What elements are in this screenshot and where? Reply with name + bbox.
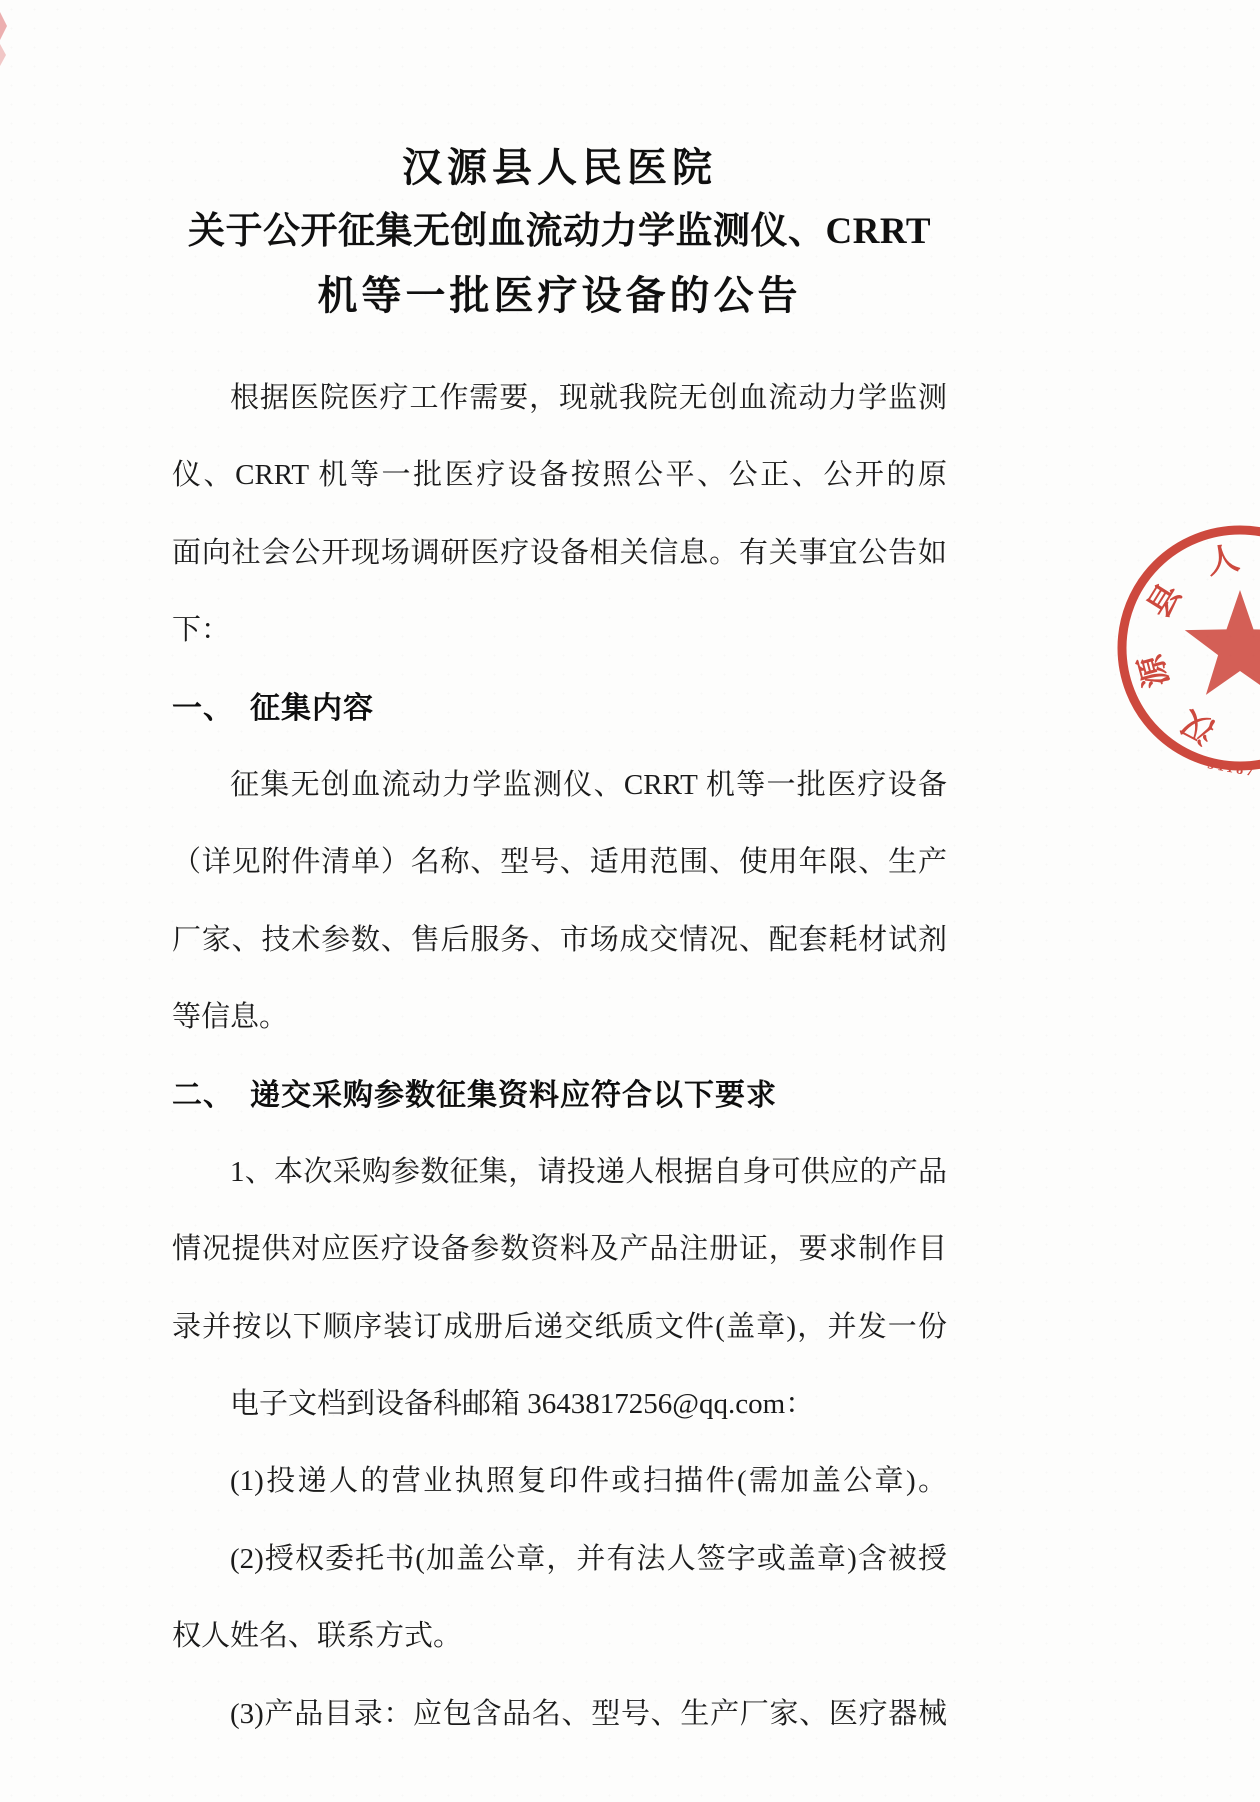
body-line-15: (1)投递人的营业执照复印件或扫描件(需加盖公章)。 (172, 1443, 947, 1520)
title-line-2: 关于公开征集无创血流动力学监测仪、CRRT (172, 200, 947, 264)
title-line-1: 汉源县人民医院 (172, 136, 947, 200)
body-line-7: （详见附件清单）名称、型号、适用范围、使用年限、生产 (172, 824, 947, 901)
body-line-17: 权人姓名、联系方式。 (172, 1598, 947, 1675)
seal-ring (1122, 530, 1260, 766)
body-line-13: 录并按以下顺序装订成册后递交纸质文件(盖章)，并发一份 (172, 1289, 947, 1366)
seal-char: 源 (1132, 650, 1175, 691)
body-line-18: (3)产品目录：应包含品名、型号、生产厂家、医疗器械 (172, 1676, 947, 1753)
document-title: 汉源县人民医院 关于公开征集无创血流动力学监测仪、CRRT 机等一批医疗设备的公… (172, 136, 947, 328)
scan-artifact (0, 12, 7, 40)
star-icon (1185, 590, 1260, 695)
body-line-12: 情况提供对应医疗设备参数资料及产品注册证，要求制作目 (172, 1211, 947, 1288)
seal-char: 汉 (1174, 703, 1220, 750)
official-seal-graphic: 汉 源 县 人 民 医 院 51187 (1095, 500, 1260, 800)
body-line-4: 下： (172, 592, 947, 669)
body-line-3: 面向社会公开现场调研医疗设备相关信息。有关事宜公告如 (172, 515, 947, 592)
body-line-8: 厂家、技术参数、售后服务、市场成交情况、配套耗材试剂 (172, 902, 947, 979)
seal-serial-number: 51187 (1206, 757, 1257, 780)
seal-char: 人 (1204, 539, 1242, 580)
body-line-16: (2)授权委托书(加盖公章，并有法人签字或盖章)含被授 (172, 1521, 947, 1598)
document-body: 根据医院医疗工作需要，现就我院无创血流动力学监测 仪、CRRT 机等一批医疗设备… (172, 360, 947, 1753)
official-seal: 汉 源 县 人 民 医 院 51187 (1095, 500, 1260, 800)
title-line-3: 机等一批医疗设备的公告 (172, 264, 947, 328)
body-line-2: 仪、CRRT 机等一批医疗设备按照公平、公正、公开的原则， (172, 437, 947, 514)
body-line-9: 等信息。 (172, 979, 947, 1056)
body-line-14-email: 电子文档到设备科邮箱 3643817256@qq.com： (172, 1366, 947, 1443)
scanned-document-page: 汉源县人民医院 关于公开征集无创血流动力学监测仪、CRRT 机等一批医疗设备的公… (0, 0, 1260, 1802)
seal-char: 县 (1140, 577, 1187, 623)
scan-artifact (0, 44, 6, 66)
section-heading-2: 二、 递交采购参数征集资料应符合以下要求 (172, 1057, 947, 1134)
section-heading-1: 一、 征集内容 (172, 670, 947, 747)
body-line-11: 1、本次采购参数征集，请投递人根据自身可供应的产品 (172, 1134, 947, 1211)
body-line-6: 征集无创血流动力学监测仪、CRRT 机等一批医疗设备 (172, 747, 947, 824)
body-line-1: 根据医院医疗工作需要，现就我院无创血流动力学监测 (172, 360, 947, 437)
